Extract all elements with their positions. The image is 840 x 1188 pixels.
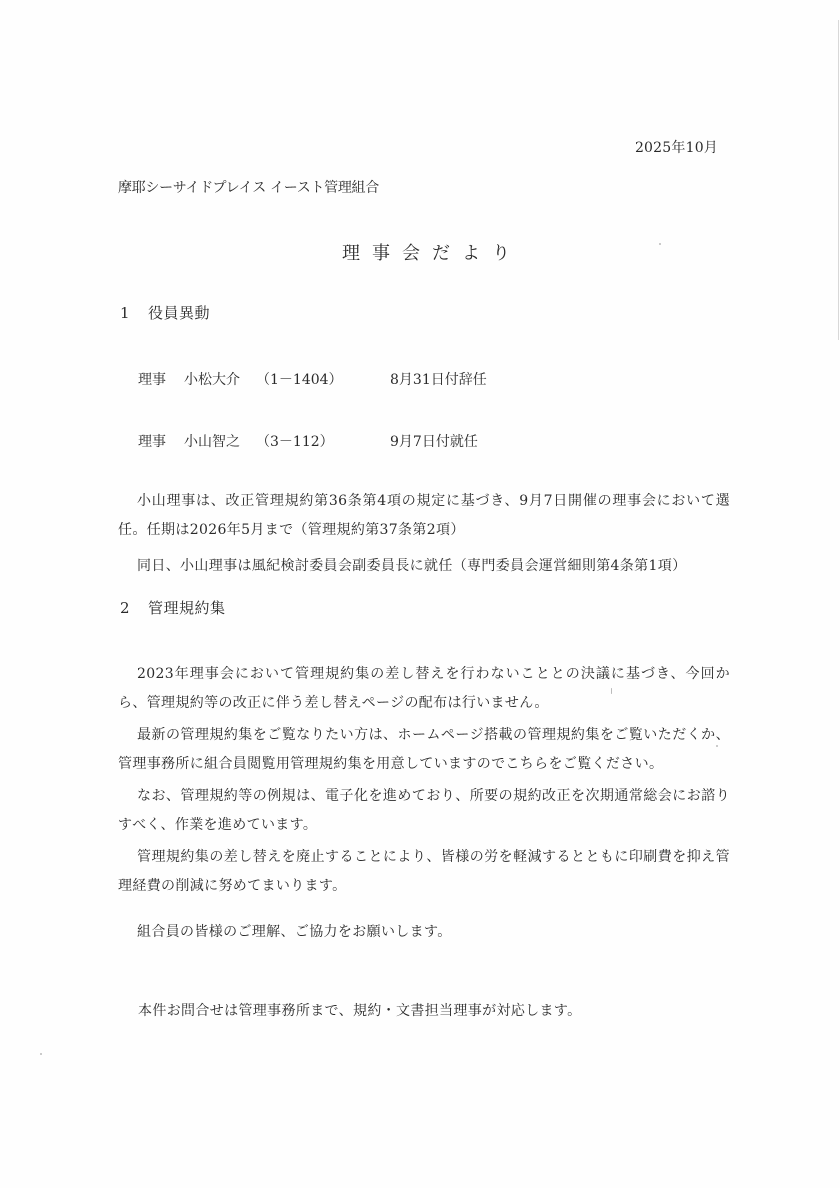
officer-unit: （1－1404） xyxy=(256,369,390,389)
closing-contact-note: 本件お問合せは管理事務所まで、規約・文書担当理事が対応します。 xyxy=(138,997,750,1026)
section-number: 2 xyxy=(120,599,148,617)
scan-speck xyxy=(611,688,612,694)
officer-change: 9月7日付就任 xyxy=(390,431,478,451)
officer-name: 小松大介 xyxy=(184,369,256,389)
organization-name: 摩耶シーサイドプレイス イースト管理組合 xyxy=(118,177,379,197)
paragraph-request: 組合員の皆様のご理解、ご協力をお願いします。 xyxy=(118,918,730,947)
paragraph-latest-bylaws: 最新の管理規約集をご覧なりたい方は、ホームページ搭載の管理規約集をご覧いただくか… xyxy=(118,721,730,779)
scan-speck xyxy=(659,243,661,245)
paragraph-no-replacement: 2023年理事会において管理規約集の差し替えを行わないこととの決議に基づき、今回… xyxy=(118,660,730,718)
section-title: 役員異動 xyxy=(148,304,210,322)
paragraph-cost-reduction: 管理規約集の差し替えを廃止することにより、皆様の労を軽減するとともに印刷費を抑え… xyxy=(118,843,730,901)
officer-change: 8月31日付辞任 xyxy=(390,369,487,389)
document-date: 2025年10月 xyxy=(635,137,718,157)
scan-edge-line xyxy=(838,20,839,340)
paragraph-digitization: なお、管理規約等の例規は、電子化を進めており、所要の規約改正を次期通常総会にお諮… xyxy=(118,782,730,840)
officer-role: 理事 xyxy=(138,431,184,451)
section-title: 管理規約集 xyxy=(148,599,226,617)
paragraph-appointment: 小山理事は、改正管理規約第36条第4項の規定に基づき、9月7日開催の理事会におい… xyxy=(118,487,730,545)
section-heading-bylaws: 2管理規約集 xyxy=(120,597,226,618)
officer-role: 理事 xyxy=(138,369,184,389)
section-number: 1 xyxy=(120,304,148,322)
document-title: 理事会だより xyxy=(342,239,522,265)
officer-unit: （3－112） xyxy=(256,431,390,451)
officer-row: 理事小山智之（3－112）9月7日付就任 xyxy=(138,431,478,451)
paragraph-committee: 同日、小山理事は風紀検討委員会副委員長に就任（専門委員会運営細則第4条第1項） xyxy=(118,552,730,581)
scan-speck xyxy=(40,1053,42,1055)
officer-row: 理事小松大介（1－1404）8月31日付辞任 xyxy=(138,369,487,389)
section-heading-officer-changes: 1役員異動 xyxy=(120,302,210,323)
scan-speck xyxy=(716,745,718,747)
officer-name: 小山智之 xyxy=(184,431,256,451)
scanned-page: 2025年10月 摩耶シーサイドプレイス イースト管理組合 理事会だより 1役員… xyxy=(0,0,840,1188)
